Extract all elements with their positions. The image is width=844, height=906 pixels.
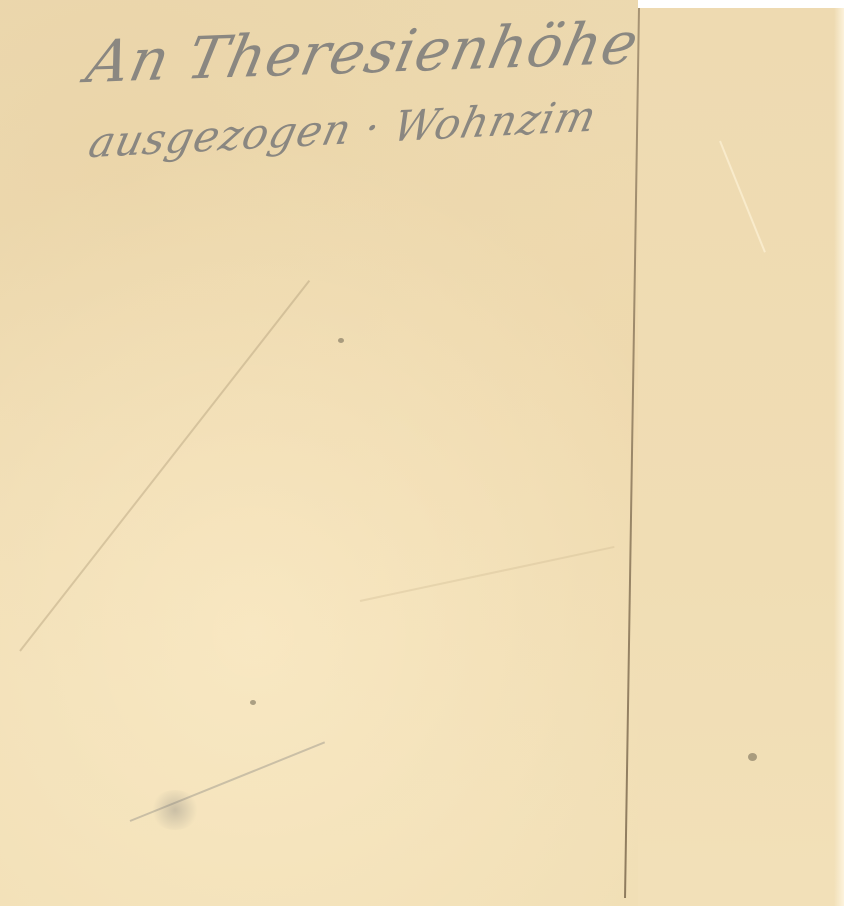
paper-spot [748, 753, 757, 761]
paper-crease [360, 546, 615, 602]
paper-right-panel [638, 8, 844, 906]
paper-crease [19, 280, 310, 652]
pencil-smudge [150, 790, 200, 830]
paper-edge [834, 8, 844, 906]
paper-spot [250, 700, 256, 705]
scan-background [638, 0, 844, 8]
paper-spot [338, 338, 344, 343]
